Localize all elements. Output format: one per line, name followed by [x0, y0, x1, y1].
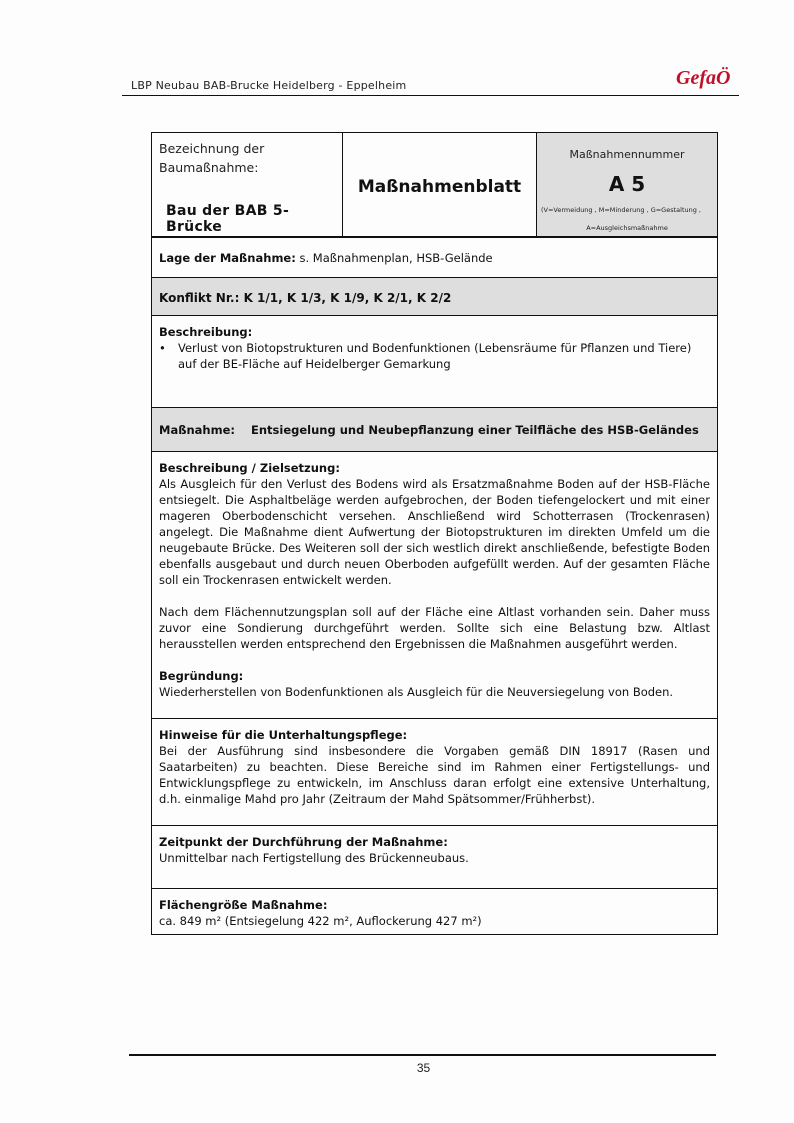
- construction-value: Bau der BAB 5-Brücke: [166, 203, 342, 235]
- justification-label: Begründung:: [159, 668, 710, 684]
- timing-text: Unmittelbar nach Fertigstellung des Brüc…: [159, 850, 710, 866]
- justification-text: Wiederherstellen von Bodenfunktionen als…: [159, 684, 710, 700]
- measure-row: Maßnahme: Entsiegelung und Neubepflanzun…: [151, 408, 718, 452]
- header-divider: [122, 95, 739, 96]
- objective-paragraph-2: Nach dem Flächennutzungsplan soll auf de…: [159, 604, 710, 652]
- timing-row: Zeitpunkt der Durchführung der Maßnahme:…: [151, 826, 718, 889]
- objective-paragraph-1: Als Ausgleich für den Verlust des Bodens…: [159, 476, 710, 588]
- objective-row: Beschreibung / Zielsetzung: Als Ausgleic…: [151, 452, 718, 719]
- location-label: Lage der Maßnahme:: [159, 251, 296, 265]
- measure-sheet: Bezeichnung der Baumaßnahme: Bau der BAB…: [151, 132, 718, 935]
- maintenance-label: Hinweise für die Unterhaltungspflege:: [159, 727, 710, 743]
- measure-value: Entsiegelung und Neubepflanzung einer Te…: [251, 423, 699, 437]
- construction-label: Bezeichnung der Baumaßnahme:: [159, 139, 335, 177]
- document-header-title: LBP Neubau BAB-Brucke Heidelberg - Eppel…: [131, 79, 406, 92]
- area-label: Flächengröße Maßnahme:: [159, 897, 710, 913]
- construction-cell: Bezeichnung der Baumaßnahme: Bau der BAB…: [152, 133, 343, 236]
- area-text: ca. 849 m² (Entsiegelung 422 m², Auflock…: [159, 913, 710, 929]
- description-bullet-text: Verlust von Biotopstrukturen und Bodenfu…: [178, 340, 710, 372]
- location-value: s. Maßnahmenplan, HSB-Gelände: [299, 251, 492, 265]
- description-row: Beschreibung: • Verlust von Biotopstrukt…: [151, 316, 718, 408]
- objective-label: Beschreibung / Zielsetzung:: [159, 460, 710, 476]
- description-label: Beschreibung:: [159, 324, 710, 340]
- measure-number-label: Maßnahmennummer: [537, 148, 717, 161]
- conflict-value: K 1/1, K 1/3, K 1/9, K 2/1, K 2/2: [244, 291, 452, 305]
- measure-number: A 5: [537, 172, 717, 196]
- conflict-label: Konflikt Nr.:: [159, 291, 239, 305]
- conflict-row: Konflikt Nr.: K 1/1, K 1/3, K 1/9, K 2/1…: [151, 278, 718, 316]
- company-logo: GefaÖ: [676, 67, 730, 90]
- footer-divider: [129, 1054, 716, 1056]
- timing-label: Zeitpunkt der Durchführung der Maßnahme:: [159, 834, 710, 850]
- list-item: • Verlust von Biotopstrukturen und Boden…: [159, 340, 710, 372]
- measure-number-cell: Maßnahmennummer A 5 (V=Vermeidung , M=Mi…: [537, 133, 717, 236]
- measure-type-legend-2: A=Ausgleichsmaßnahme: [537, 224, 717, 232]
- maintenance-text: Bei der Ausführung sind insbesondere die…: [159, 743, 710, 807]
- area-row: Flächengröße Maßnahme: ca. 849 m² (Entsi…: [151, 889, 718, 935]
- sheet-title: Maßnahmenblatt: [343, 133, 537, 236]
- bullet-icon: •: [159, 340, 178, 372]
- location-row: Lage der Maßnahme: s. Maßnahmenplan, HSB…: [151, 238, 718, 278]
- sheet-header-grid: Bezeichnung der Baumaßnahme: Bau der BAB…: [151, 132, 718, 238]
- maintenance-row: Hinweise für die Unterhaltungspflege: Be…: [151, 719, 718, 826]
- measure-label: Maßnahme:: [159, 423, 251, 437]
- measure-type-legend: (V=Vermeidung , M=Minderung , G=Gestaltu…: [541, 206, 717, 214]
- page-number: 35: [0, 1061, 794, 1075]
